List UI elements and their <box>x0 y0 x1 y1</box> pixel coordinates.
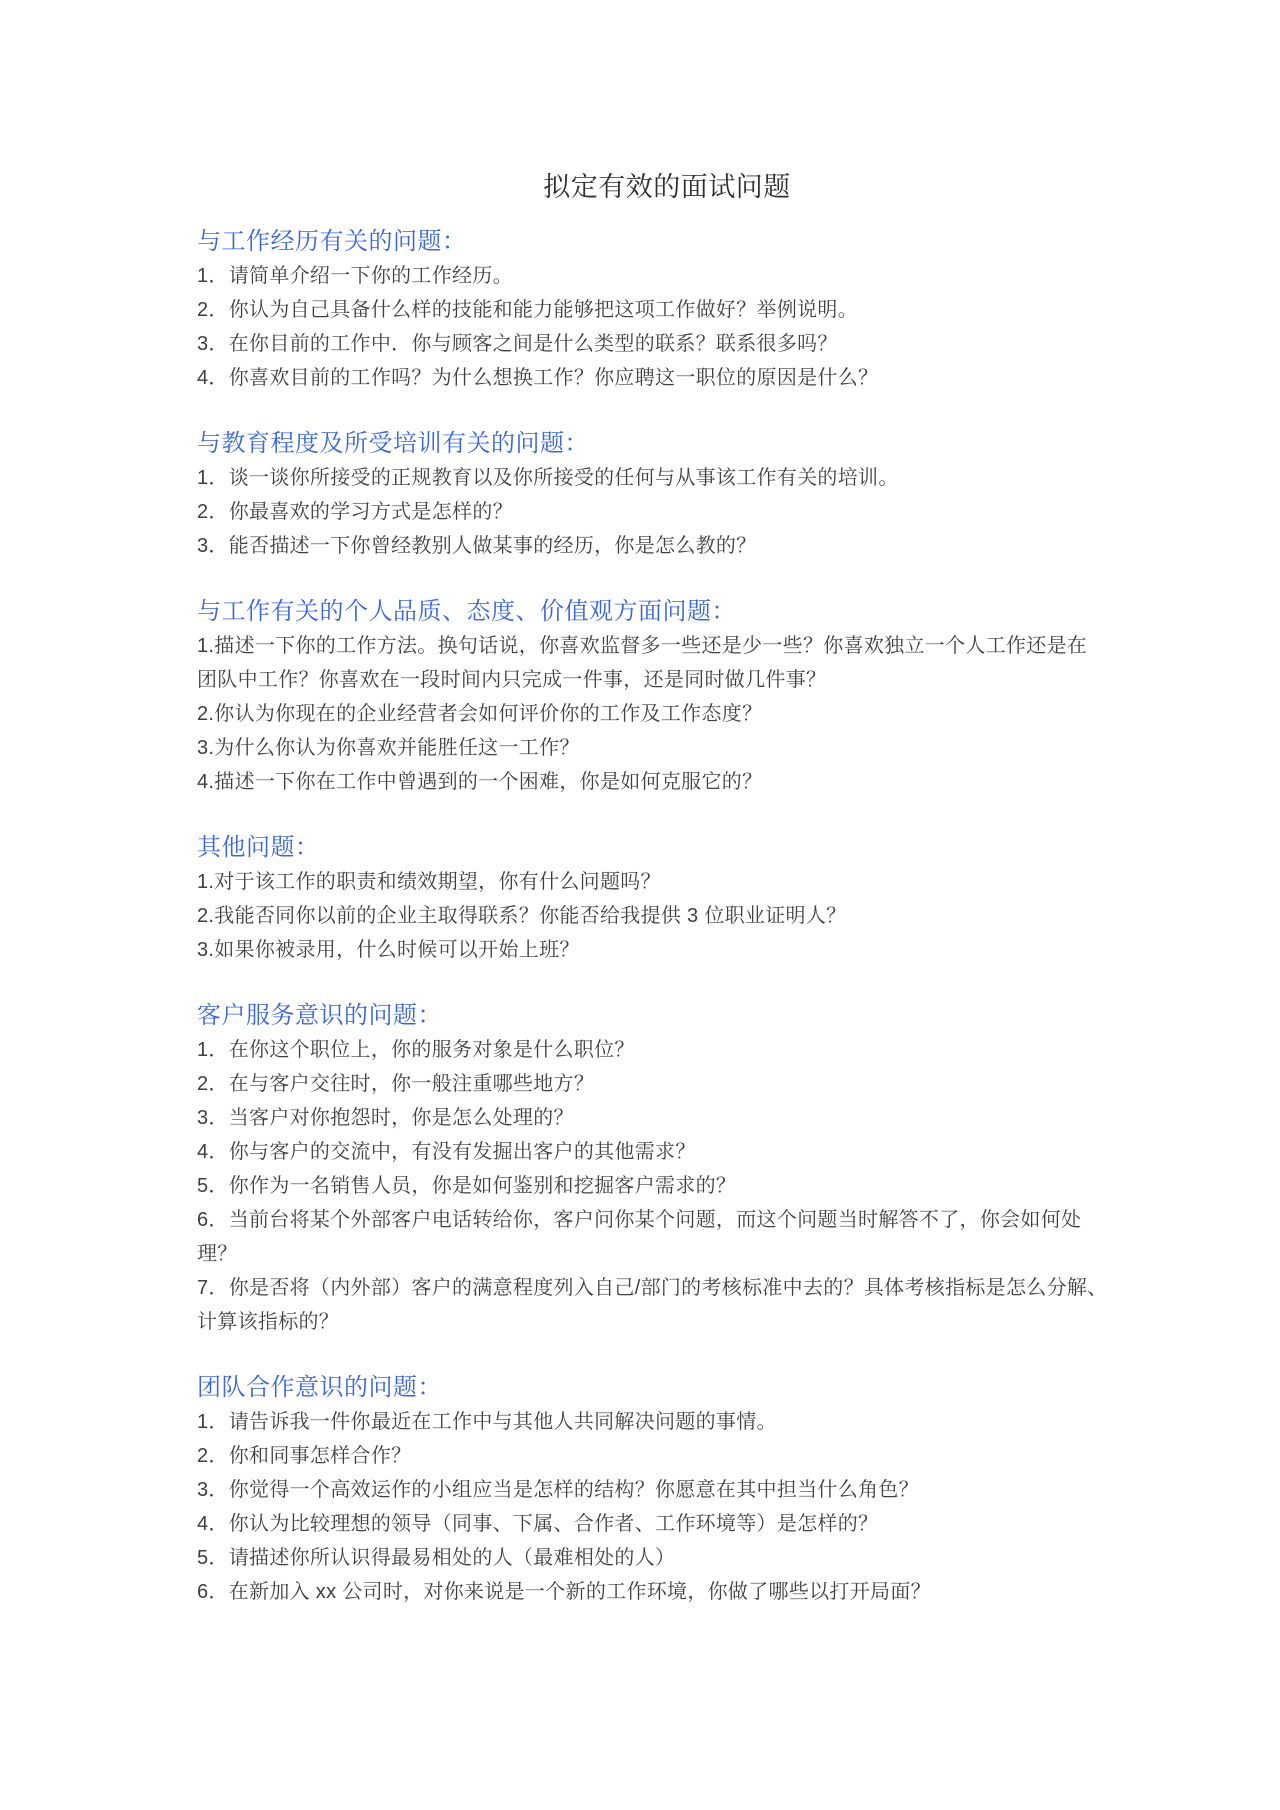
document-page: 拟定有效的面试问题 与工作经历有关的问题： 1．请简单介绍一下你的工作经历。 2… <box>0 0 1280 1810</box>
question-item: 6．在新加入 xx 公司时，对你来说是一个新的工作环境，你做了哪些以打开局面？ <box>197 1575 1137 1609</box>
question-item: 3．在你目前的工作中．你与顾客之间是什么类型的联系？联系很多吗？ <box>197 327 1137 361</box>
question-item: 2．在与客户交往时，你一般注重哪些地方？ <box>197 1067 1137 1101</box>
section-heading: 团队合作意识的问题： <box>197 1371 1137 1405</box>
section-heading: 与教育程度及所受培训有关的问题： <box>197 427 1137 461</box>
section-customer-service: 客户服务意识的问题： 1．在你这个职位上，你的服务对象是什么职位？ 2．在与客户… <box>197 999 1137 1339</box>
question-item: 6．当前台将某个外部客户电话转给你，客户问你某个问题，而这个问题当时解答不了，你… <box>197 1203 1137 1271</box>
section-heading: 与工作经历有关的问题： <box>197 225 1137 259</box>
question-item: 2.我能否同你以前的企业主取得联系？你能否给我提供 3 位职业证明人？ <box>197 899 1137 933</box>
question-item: 4．你与客户的交流中，有没有发掘出客户的其他需求？ <box>197 1135 1137 1169</box>
question-item: 3．能否描述一下你曾经教别人做某事的经历，你是怎么教的？ <box>197 529 1137 563</box>
question-item: 2．你最喜欢的学习方式是怎样的？ <box>197 495 1137 529</box>
section-heading: 与工作有关的个人品质、态度、价值观方面问题： <box>197 595 1137 629</box>
question-item: 5．请描述你所认识得最易相处的人（最难相处的人） <box>197 1541 1137 1575</box>
question-item: 1．请简单介绍一下你的工作经历。 <box>197 259 1137 293</box>
question-item: 2．你和同事怎样合作？ <box>197 1439 1137 1473</box>
section-education-training: 与教育程度及所受培训有关的问题： 1．谈一谈你所接受的正规教育以及你所接受的任何… <box>197 427 1137 563</box>
document-title: 拟定有效的面试问题 <box>197 167 1137 207</box>
question-item: 3．当客户对你抱怨时，你是怎么处理的？ <box>197 1101 1137 1135</box>
section-teamwork: 团队合作意识的问题： 1．请告诉我一件你最近在工作中与其他人共同解决问题的事情。… <box>197 1371 1137 1609</box>
question-item: 1.对于该工作的职责和绩效期望，你有什么问题吗？ <box>197 865 1137 899</box>
question-item: 4.描述一下你在工作中曾遇到的一个困难，你是如何克服它的？ <box>197 765 1137 799</box>
document-content: 拟定有效的面试问题 与工作经历有关的问题： 1．请简单介绍一下你的工作经历。 2… <box>197 167 1137 1641</box>
section-personal-qualities: 与工作有关的个人品质、态度、价值观方面问题： 1.描述一下你的工作方法。换句话说… <box>197 595 1137 799</box>
question-item: 4．你认为比较理想的领导（同事、下属、合作者、工作环境等）是怎样的？ <box>197 1507 1137 1541</box>
question-item: 3.为什么你认为你喜欢并能胜任这一工作？ <box>197 731 1137 765</box>
question-item: 1．请告诉我一件你最近在工作中与其他人共同解决问题的事情。 <box>197 1405 1137 1439</box>
question-item: 3．你觉得一个高效运作的小组应当是怎样的结构？你愿意在其中担当什么角色？ <box>197 1473 1137 1507</box>
question-item: 1．在你这个职位上，你的服务对象是什么职位？ <box>197 1033 1137 1067</box>
question-item: 1.描述一下你的工作方法。换句话说，你喜欢监督多一些还是少一些？你喜欢独立一个人… <box>197 629 1137 697</box>
section-heading: 客户服务意识的问题： <box>197 999 1137 1033</box>
question-item: 4．你喜欢目前的工作吗？为什么想换工作？你应聘这一职位的原因是什么？ <box>197 361 1137 395</box>
question-item: 2.你认为你现在的企业经营者会如何评价你的工作及工作态度？ <box>197 697 1137 731</box>
section-heading: 其他问题： <box>197 831 1137 865</box>
question-item: 3.如果你被录用，什么时候可以开始上班？ <box>197 933 1137 967</box>
question-item: 7．你是否将（内外部）客户的满意程度列入自己/部门的考核标准中去的？具体考核指标… <box>197 1271 1137 1339</box>
question-item: 2．你认为自己具备什么样的技能和能力能够把这项工作做好？举例说明。 <box>197 293 1137 327</box>
section-other-questions: 其他问题： 1.对于该工作的职责和绩效期望，你有什么问题吗？ 2.我能否同你以前… <box>197 831 1137 967</box>
question-item: 5．你作为一名销售人员，你是如何鉴别和挖掘客户需求的？ <box>197 1169 1137 1203</box>
section-work-experience: 与工作经历有关的问题： 1．请简单介绍一下你的工作经历。 2．你认为自己具备什么… <box>197 225 1137 395</box>
question-item: 1．谈一谈你所接受的正规教育以及你所接受的任何与从事该工作有关的培训。 <box>197 461 1137 495</box>
